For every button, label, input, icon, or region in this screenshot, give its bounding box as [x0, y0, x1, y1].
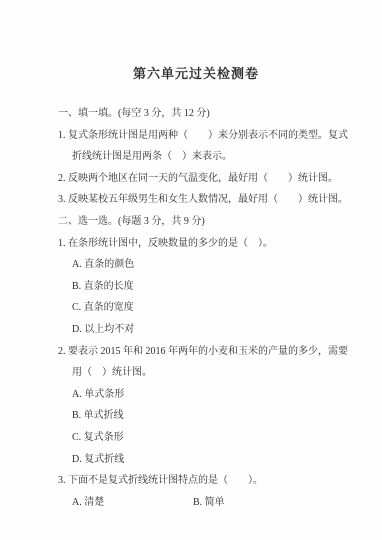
choice-question-1-options: A. 直条的颜色 B. 直条的长度 C. 直条的宽度 D. 以上均不对	[72, 254, 354, 340]
option-d: D. 复式折线	[72, 449, 354, 471]
choice-question-3-options: A. 清楚 B. 简单	[72, 492, 354, 514]
choice-question-2: 2. 要表示 2015 年和 2016 年两年的小麦和玉米的产量的多少，需要用（…	[58, 341, 354, 384]
choice-question-2-options: A. 单式条形 B. 单式折线 C. 复式条形 D. 复式折线	[72, 384, 354, 470]
choice-question-3: 3. 下面不是复式折线统计图特点的是（ ）。	[58, 470, 354, 492]
section-multiple-choice: 二、选一选。(每题 3 分，共 9 分) 1. 在条形统计图中，反映数量的多少的…	[58, 211, 354, 513]
fill-in-question-3: 3. 反映某校五年级男生和女生人数情况，最好用（ ）统计图。	[58, 189, 354, 211]
section-one-heading: 一、填一填。(每空 3 分，共 12 分)	[58, 103, 354, 125]
section-two-heading: 二、选一选。(每题 3 分，共 9 分)	[58, 211, 354, 233]
fill-in-question-1: 1. 复式条形统计图是用两种（ ）来分别表示不同的类型。复式折线统计图是用两条（…	[58, 125, 354, 168]
option-b: B. 直条的长度	[72, 276, 354, 298]
option-b: B. 简单	[193, 492, 225, 514]
option-a: A. 清楚	[72, 492, 193, 514]
page-title: 第六单元过关检测卷	[38, 64, 354, 83]
choice-question-1: 1. 在条形统计图中，反映数量的多少的是（ ）。	[58, 233, 354, 255]
option-c: C. 直条的宽度	[72, 297, 354, 319]
option-b: B. 单式折线	[72, 405, 354, 427]
option-c: C. 复式条形	[72, 427, 354, 449]
section-fill-in-blanks: 一、填一填。(每空 3 分，共 12 分) 1. 复式条形统计图是用两种（ ）来…	[58, 103, 354, 211]
option-a: A. 直条的颜色	[72, 254, 354, 276]
test-paper-page: 第六单元过关检测卷 一、填一填。(每空 3 分，共 12 分) 1. 复式条形统…	[0, 0, 382, 540]
option-a: A. 单式条形	[72, 384, 354, 406]
fill-in-question-2: 2. 反映两个地区在同一天的气温变化，最好用（ ）统计图。	[58, 168, 354, 190]
option-d: D. 以上均不对	[72, 319, 354, 341]
